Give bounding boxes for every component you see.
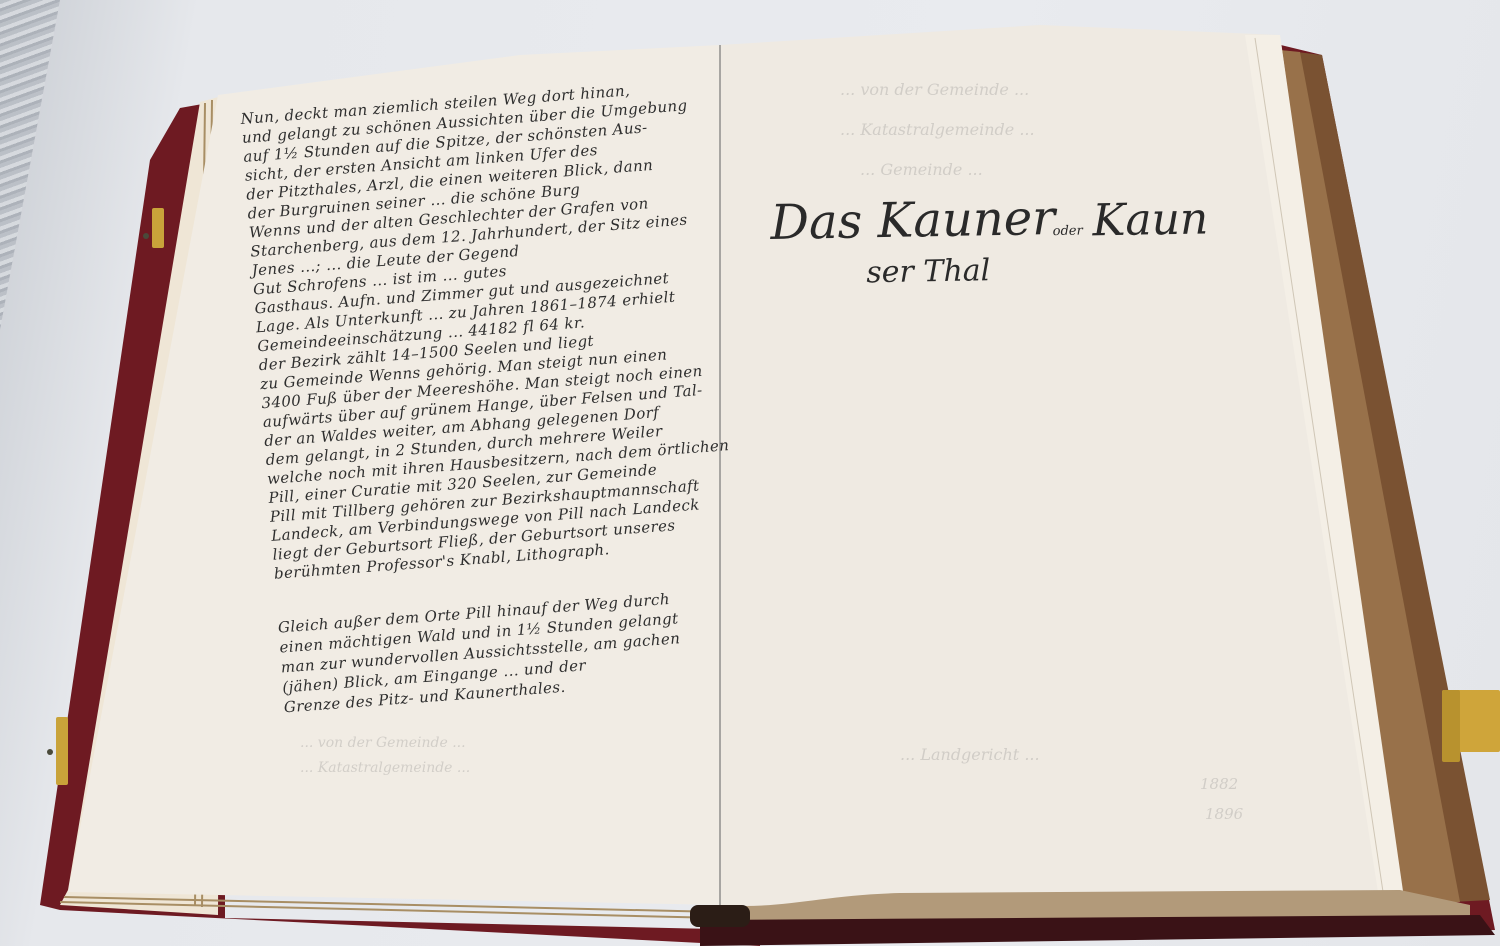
book-shapes	[0, 0, 1500, 946]
bleed-through-text: 1882	[1200, 775, 1238, 793]
title-line-1b: Kaun	[1092, 193, 1209, 246]
clasp-bottom-left	[56, 717, 68, 785]
bleed-through-text: ... Landgericht ...	[900, 745, 1040, 764]
clasp-top-left	[152, 208, 164, 248]
open-book: Nun, deckt man ziemlich steilen Weg dort…	[0, 0, 1500, 946]
title-line-2: ser Thal	[866, 253, 990, 290]
bleed-through-text: ... Katastralgemeinde ...	[300, 760, 470, 776]
bleed-through-text: 1896	[1205, 805, 1243, 823]
bleed-through-text: ... von der Gemeinde ...	[840, 80, 1029, 99]
title-line-1: Das Kauner	[770, 190, 1056, 251]
title-connector: oder	[1053, 224, 1083, 240]
bleed-through-text: ... von der Gemeinde ...	[300, 735, 466, 751]
bleed-through-text: ... Katastralgemeinde ...	[840, 120, 1035, 139]
bleed-through-text: ... Gemeinde ...	[860, 160, 983, 179]
